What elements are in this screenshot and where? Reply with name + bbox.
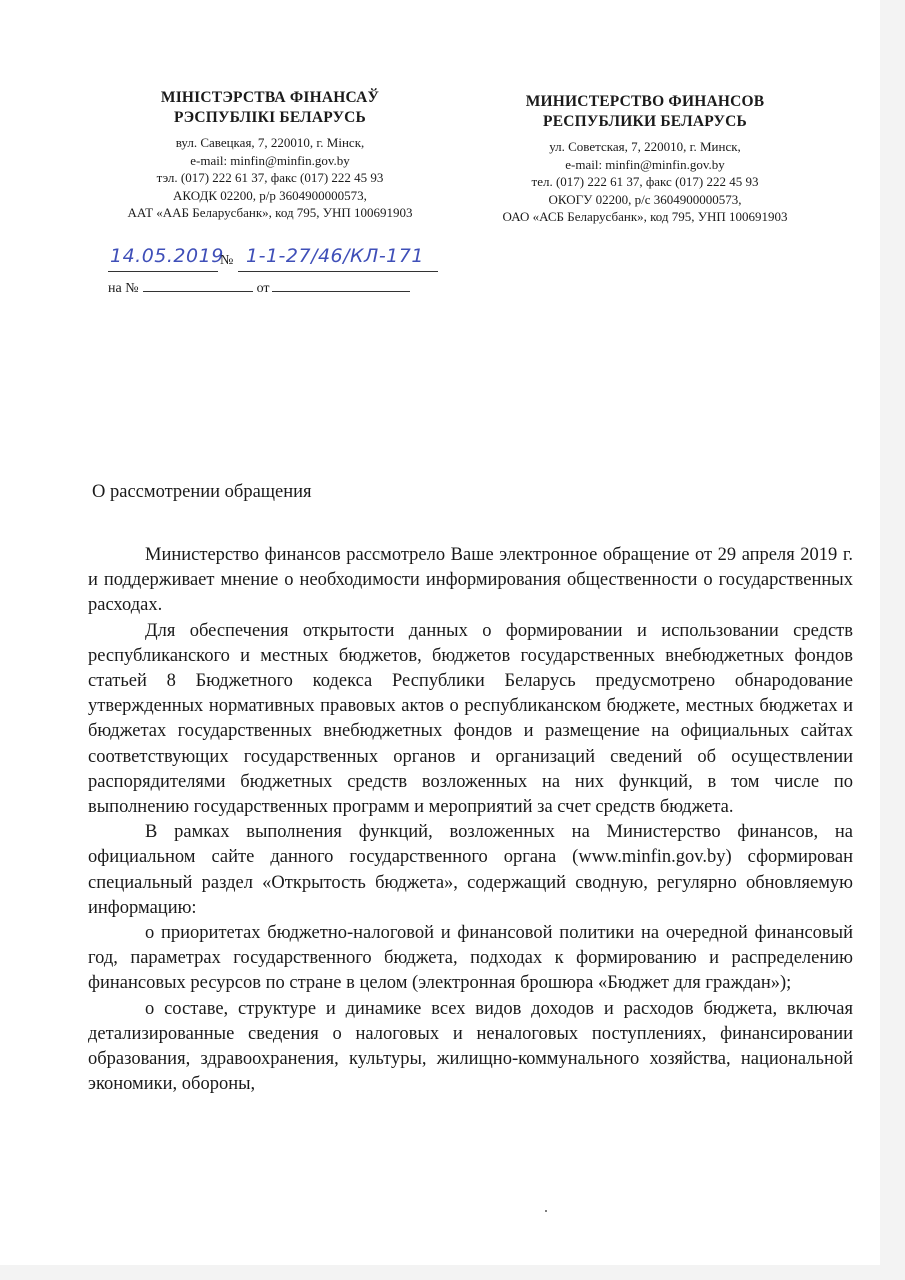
letterhead-belarusian: МІНІСТЭРСТВА ФІНАНСАЎ РЭСПУБЛІКІ БЕЛАРУС…: [95, 88, 445, 222]
bank-codes: АКОДК 02200, р/р 3604900000573,: [95, 187, 445, 205]
address: ул. Советская, 7, 220010, г. Минск,: [460, 138, 830, 156]
email: e-mail: minfin@minfin.gov.by: [95, 152, 445, 170]
letter-subject: О рассмотрении обращения: [92, 482, 312, 503]
organization-name-russian: МИНИСТЕРСТВО ФИНАНСОВ РЕСПУБЛИКИ БЕЛАРУС…: [460, 92, 830, 132]
reply-reference-line: на №от: [108, 279, 410, 297]
letterhead-russian: МИНИСТЕРСТВО ФИНАНСОВ РЕСПУБЛИКИ БЕЛАРУС…: [460, 92, 830, 226]
list-paragraph: о приоритетах бюджетно-налоговой и финан…: [88, 921, 853, 997]
scan-edge-right: [880, 0, 905, 1280]
paragraph: В рамках выполнения функций, возложенных…: [88, 820, 853, 921]
bank-details: ААТ «ААБ Беларусбанк», код 795, УНП 1006…: [95, 204, 445, 222]
letter-body: Министерство финансов рассмотрело Ваше э…: [88, 543, 853, 1097]
paragraph: Министерство финансов рассмотрело Ваше э…: [88, 543, 853, 619]
contact-details-belarusian: вул. Савецкая, 7, 220010, г. Мінск, e-ma…: [95, 134, 445, 222]
phone-fax: тел. (017) 222 61 37, факс (017) 222 45 …: [460, 173, 830, 191]
phone-fax: тэл. (017) 222 61 37, факс (017) 222 45 …: [95, 169, 445, 187]
handwritten-outgoing-number: 1-1-27/46/КЛ-171: [246, 245, 424, 267]
reply-date-blank: [272, 279, 410, 292]
handwritten-date: 14.05.2019: [110, 245, 224, 267]
organization-name-belarusian: МІНІСТЭРСТВА ФІНАНСАЎ РЭСПУБЛІКІ БЕЛАРУС…: [95, 88, 445, 128]
document-page: МІНІСТЭРСТВА ФІНАНСАЎ РЭСПУБЛІКІ БЕЛАРУС…: [0, 0, 880, 1265]
bank-details: ОАО «АСБ Беларусбанк», код 795, УНП 1006…: [460, 208, 830, 226]
paragraph: Для обеспечения открытости данных о форм…: [88, 619, 853, 821]
reply-to-label: на №: [108, 281, 139, 296]
contact-details-russian: ул. Советская, 7, 220010, г. Минск, e-ma…: [460, 138, 830, 226]
number-label: №: [220, 253, 233, 269]
date-underline: [108, 271, 218, 272]
scan-speck: [545, 1210, 547, 1212]
reply-number-blank: [143, 279, 253, 292]
from-label: от: [257, 281, 270, 296]
address: вул. Савецкая, 7, 220010, г. Мінск,: [95, 134, 445, 152]
scan-edge-bottom: [0, 1265, 905, 1280]
registration-block: 14.05.2019 № 1-1-27/46/КЛ-171 на №от: [108, 243, 528, 303]
email: e-mail: minfin@minfin.gov.by: [460, 156, 830, 174]
list-paragraph: о составе, структуре и динамике всех вид…: [88, 997, 853, 1098]
number-underline: [238, 271, 438, 272]
bank-codes: ОКОГУ 02200, р/с 3604900000573,: [460, 191, 830, 209]
